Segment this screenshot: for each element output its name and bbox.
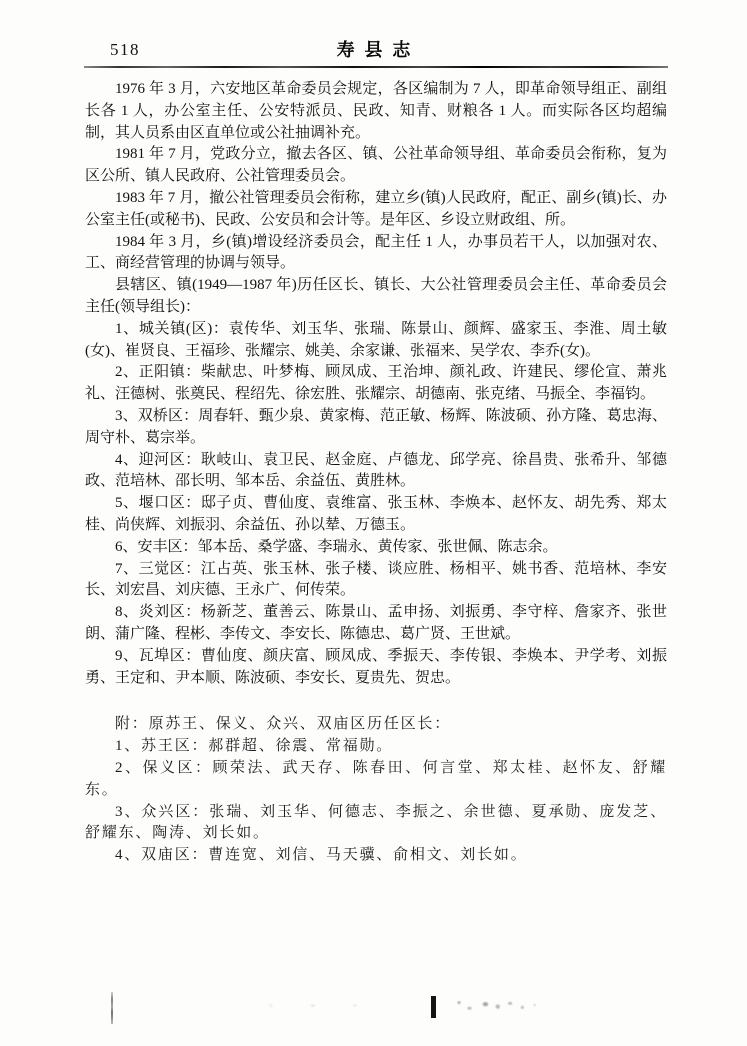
paragraph-1984: 1984 年 3 月，乡(镇)增设经济委员会，配主任 1 人，办事员若干人，以加… [85, 232, 667, 276]
header-rule [84, 66, 668, 69]
region-item-shuangqiao: 3、双桥区：周春轩、甄少泉、黄家梅、范正敏、杨辉、陈波硕、孙方隆、葛忠海、周守朴… [85, 406, 667, 450]
appendix-section: 附：原苏王、保义、众兴、双庙区历任区长： 1、苏王区：郝群超、徐震、常福勋。 2… [85, 714, 667, 867]
paragraph-1976: 1976 年 3 月，六安地区革命委员会规定，各区编制为 7 人，即革命领导组正… [85, 79, 667, 144]
appendix-item-zhongxing: 3、众兴区：张瑞、刘玉华、何德志、李振之、余世德、夏承勋、庞发芝、舒耀东、陶涛、… [85, 802, 667, 846]
paragraph-1981: 1981 年 7 月，党政分立，撤去各区、镇、公社革命领导组、革命委员会衔称，复… [85, 144, 667, 188]
region-item-wabu: 9、瓦埠区：曹仙度、颜庆富、顾凤成、季振天、李传银、李焕本、尹学考、刘振勇、王定… [85, 646, 667, 690]
book-title: 寿县志 [0, 36, 747, 62]
text-column: 1976 年 3 月，六安地区革命委员会规定，各区编制为 7 人，即革命领导组正… [85, 79, 667, 867]
scan-artifact-right-smudge [452, 997, 540, 1013]
appendix-item-baoyi: 2、保义区：顾荣法、武天存、陈春田、何言堂、郑太桂、赵怀友、舒耀东。 [85, 758, 667, 802]
region-item-yinghe: 4、迎河区：耿岐山、袁卫民、赵金庭、卢德龙、邱学亮、徐昌贵、张希升、邹德政、范培… [85, 450, 667, 494]
scan-artifact-left-dash [111, 992, 113, 1024]
region-item-yanliu: 8、炎刘区：杨新芝、董善云、陈景山、孟申扬、刘振勇、李守梓、詹家齐、张世朗、蒲广… [85, 602, 667, 646]
region-item-chengguan: 1、城关镇(区)：袁传华、刘玉华、张瑞、陈景山、颜辉、盛家玉、李淮、周土敏(女)… [85, 319, 667, 363]
paragraph-1983: 1983 年 7 月，撤公社管理委员会衔称，建立乡(镇)人民政府，配正、副乡(镇… [85, 188, 667, 232]
region-list-intro: 县辖区、镇(1949—1987 年)历任区长、镇长、大公社管理委员会主任、革命委… [85, 275, 667, 319]
scan-artifact-center-smudge [250, 1001, 390, 1010]
region-item-anfeng: 6、安丰区：邹本岳、桑学盛、李瑞永、黄传家、张世佩、陈志余。 [85, 537, 667, 559]
scanned-book-page: 518 寿县志 1976 年 3 月，六安地区革命委员会规定，各区编制为 7 人… [0, 0, 747, 1046]
region-item-sanjue: 7、三觉区：江占英、张玉林、张子楼、谈应胜、杨相平、姚书香、范培林、李安长、刘宏… [85, 559, 667, 603]
region-item-zhengyang: 2、正阳镇：柴献忠、叶梦梅、顾凤成、王治坤、颜礼政、许建民、缪伦宣、萧兆礼、汪德… [85, 362, 667, 406]
region-item-yankou: 5、堰口区：邸子贞、曹仙度、袁维富、张玉林、李焕本、赵怀友、胡先秀、郑太桂、尚侠… [85, 493, 667, 537]
appendix-item-shuangmiao: 4、双庙区：曹连宽、刘信、马天骥、俞相文、刘长如。 [85, 845, 667, 867]
appendix-heading: 附：原苏王、保义、众兴、双庙区历任区长： [85, 714, 667, 736]
scan-artifact-ink-bar [431, 996, 436, 1018]
appendix-item-suwang: 1、苏王区：郝群超、徐震、常福勋。 [85, 736, 667, 758]
